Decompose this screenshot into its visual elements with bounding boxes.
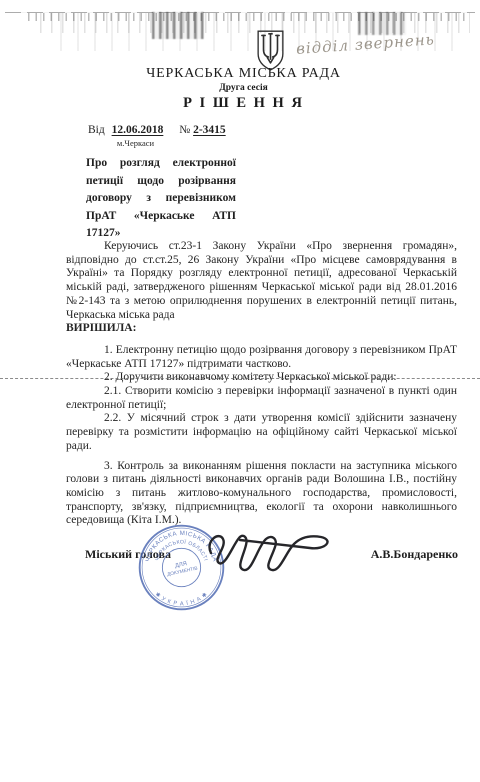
- signature-scrawl: [195, 523, 335, 585]
- subject-block: Про розгляд електронної петиції щодо роз…: [86, 155, 236, 243]
- item-3: 3. Контроль за виконанням рішення поклас…: [66, 460, 457, 529]
- item-2-2: 2.2. У місячний строк з дати утворення к…: [66, 412, 457, 453]
- doc-type-title: Р І Ш Е Н Н Я: [7, 95, 480, 112]
- resolved-label: ВИРІШИЛА:: [66, 322, 457, 336]
- number-label: №: [179, 124, 190, 136]
- scan-noise-cluster: [358, 12, 406, 35]
- document-body: Керуючись ст.23-1 Закону України «Про зв…: [66, 240, 457, 528]
- date-value: 12.06.2018: [112, 124, 164, 136]
- number-value: 2-3415: [193, 124, 226, 136]
- scan-noise-cluster: [152, 12, 204, 39]
- date-label: Від: [88, 124, 105, 136]
- city-line: м.Черкаси: [88, 138, 183, 148]
- document-page: відділ звернень ЧЕРКАСЬКА МІСЬКА РАДА Др…: [0, 0, 480, 782]
- date-line: Від 12.06.2018 № 2-3415: [88, 124, 226, 136]
- item-1: 1. Електронну петицію щодо розірвання до…: [66, 344, 457, 371]
- item-2-1: 2.1. Створити комісію з перевірки інформ…: [66, 385, 457, 412]
- item-2-struck: 2. Доручити виконавчому комітету Черкась…: [66, 371, 457, 385]
- signature-name: А.В.Бондаренко: [371, 547, 458, 562]
- session-line: Друга сесія: [7, 83, 480, 93]
- org-name: ЧЕРКАСЬКА МІСЬКА РАДА: [7, 66, 480, 82]
- preamble-paragraph: Керуючись ст.23-1 Закону України «Про зв…: [66, 240, 457, 322]
